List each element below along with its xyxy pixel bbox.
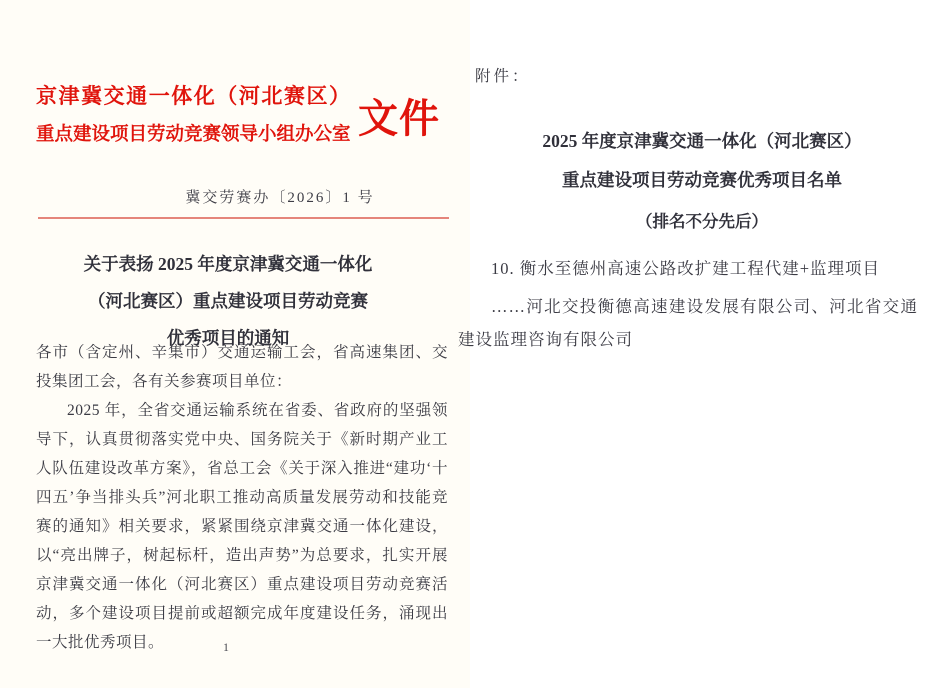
scanned-document: { "left_page": { "header": { "org_line1"…	[0, 0, 940, 688]
awarded-project-item: 10. 衡水至德州高速公路改扩建工程代建+监理项目	[458, 252, 918, 285]
red-letterhead: 京津冀交通一体化（河北赛区） 重点建设项目劳动竞赛领导小组办公室 文件	[36, 76, 436, 154]
attachment-title-line1: 2025 年度京津冀交通一体化（河北赛区）	[486, 122, 918, 161]
document-reference-number: 冀交劳赛办〔2026〕1 号	[112, 186, 448, 207]
attachment-subtitle: （排名不分先后）	[486, 208, 918, 232]
attachment-label: 附件：	[475, 64, 531, 86]
organization-name-line2: 重点建设项目劳动竞赛领导小组办公室	[36, 116, 350, 154]
notice-title-line1: 关于表扬 2025 年度京津冀交通一体化	[36, 246, 420, 283]
attachment-title: 2025 年度京津冀交通一体化（河北赛区） 重点建设项目劳动竞赛优秀项目名单	[486, 122, 918, 200]
document-type-label: 文件	[358, 87, 440, 144]
page-number: 1	[0, 640, 452, 655]
attachment-title-line2: 重点建设项目劳动竞赛优秀项目名单	[486, 161, 918, 200]
attachment-body: 10. 衡水至德州高速公路改扩建工程代建+监理项目 ……河北交投衡德高速建设发展…	[458, 252, 918, 356]
issuing-organization: 京津冀交通一体化（河北赛区） 重点建设项目劳动竞赛领导小组办公室	[36, 76, 350, 154]
salutation-paragraph: 各市（含定州、辛集市）交通运输工会，省高速集团、交投集团工会，各有关参赛项目单位…	[36, 338, 448, 396]
body-paragraph: 2025 年，全省交通运输系统在省委、省政府的坚强领导下，认真贯彻落实党中央、国…	[36, 396, 448, 657]
document-page-attachment: 附件： 2025 年度京津冀交通一体化（河北赛区） 重点建设项目劳动竞赛优秀项目…	[470, 0, 940, 688]
notice-title-line2: （河北赛区）重点建设项目劳动竞赛	[36, 283, 420, 320]
document-page-1: 京津冀交通一体化（河北赛区） 重点建设项目劳动竞赛领导小组办公室 文件 冀交劳赛…	[0, 0, 470, 688]
awarded-project-units: ……河北交投衡德高速建设发展有限公司、河北省交通建设监理咨询有限公司	[458, 290, 918, 356]
red-divider-line	[38, 217, 449, 219]
organization-name-line1: 京津冀交通一体化（河北赛区）	[36, 76, 350, 116]
notice-body: 各市（含定州、辛集市）交通运输工会，省高速集团、交投集团工会，各有关参赛项目单位…	[36, 338, 448, 657]
